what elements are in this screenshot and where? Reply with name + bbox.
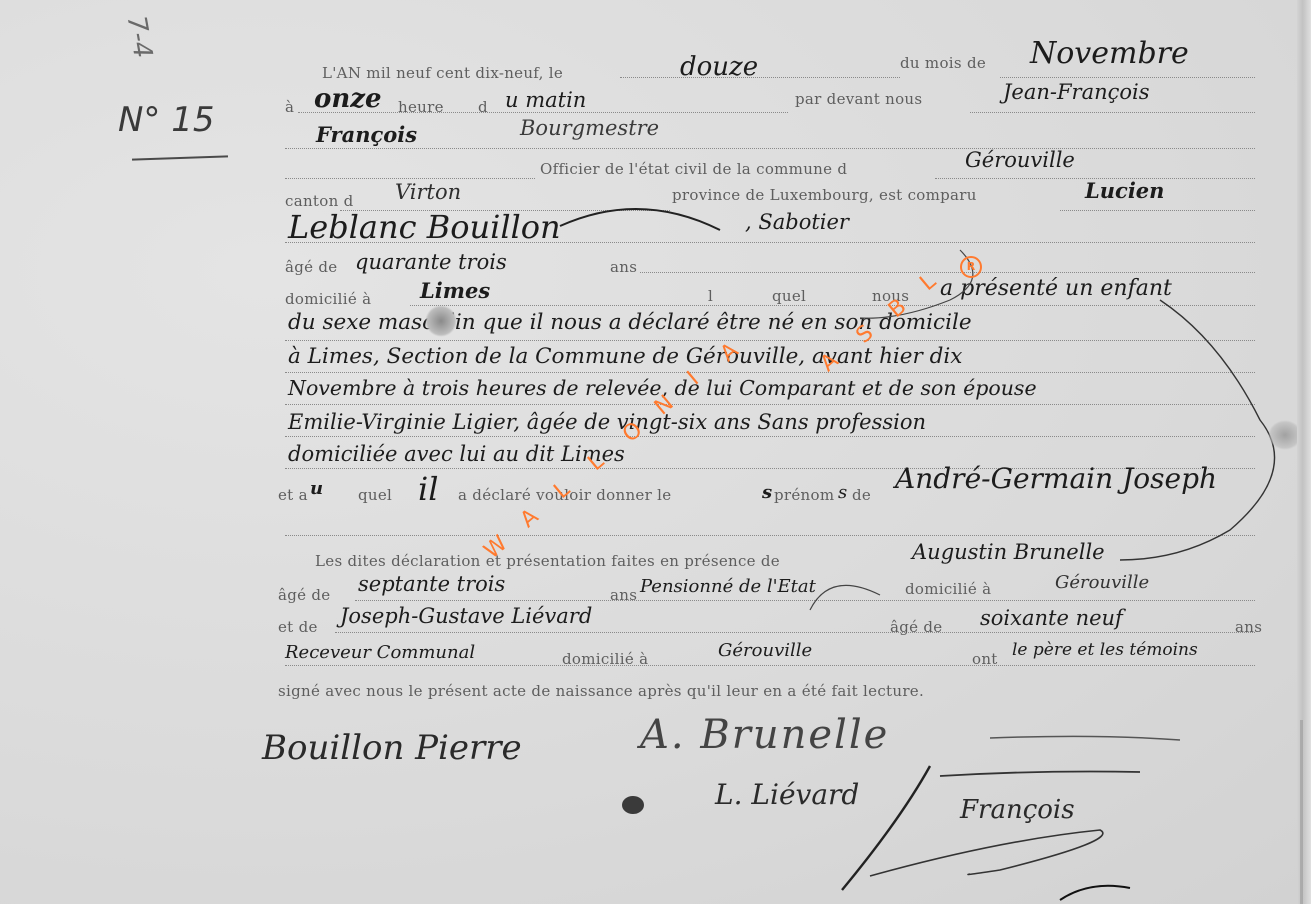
ink-blot [622,796,644,814]
birth-certificate-page: 7-4 N° 15 L'AN mil neuf cent dix-neuf, l… [0,0,1311,904]
binding-thread [1300,720,1303,904]
signature-flourish [0,0,1311,904]
thumb-smudge [425,305,457,337]
watermark-registered-icon: R [960,256,982,278]
